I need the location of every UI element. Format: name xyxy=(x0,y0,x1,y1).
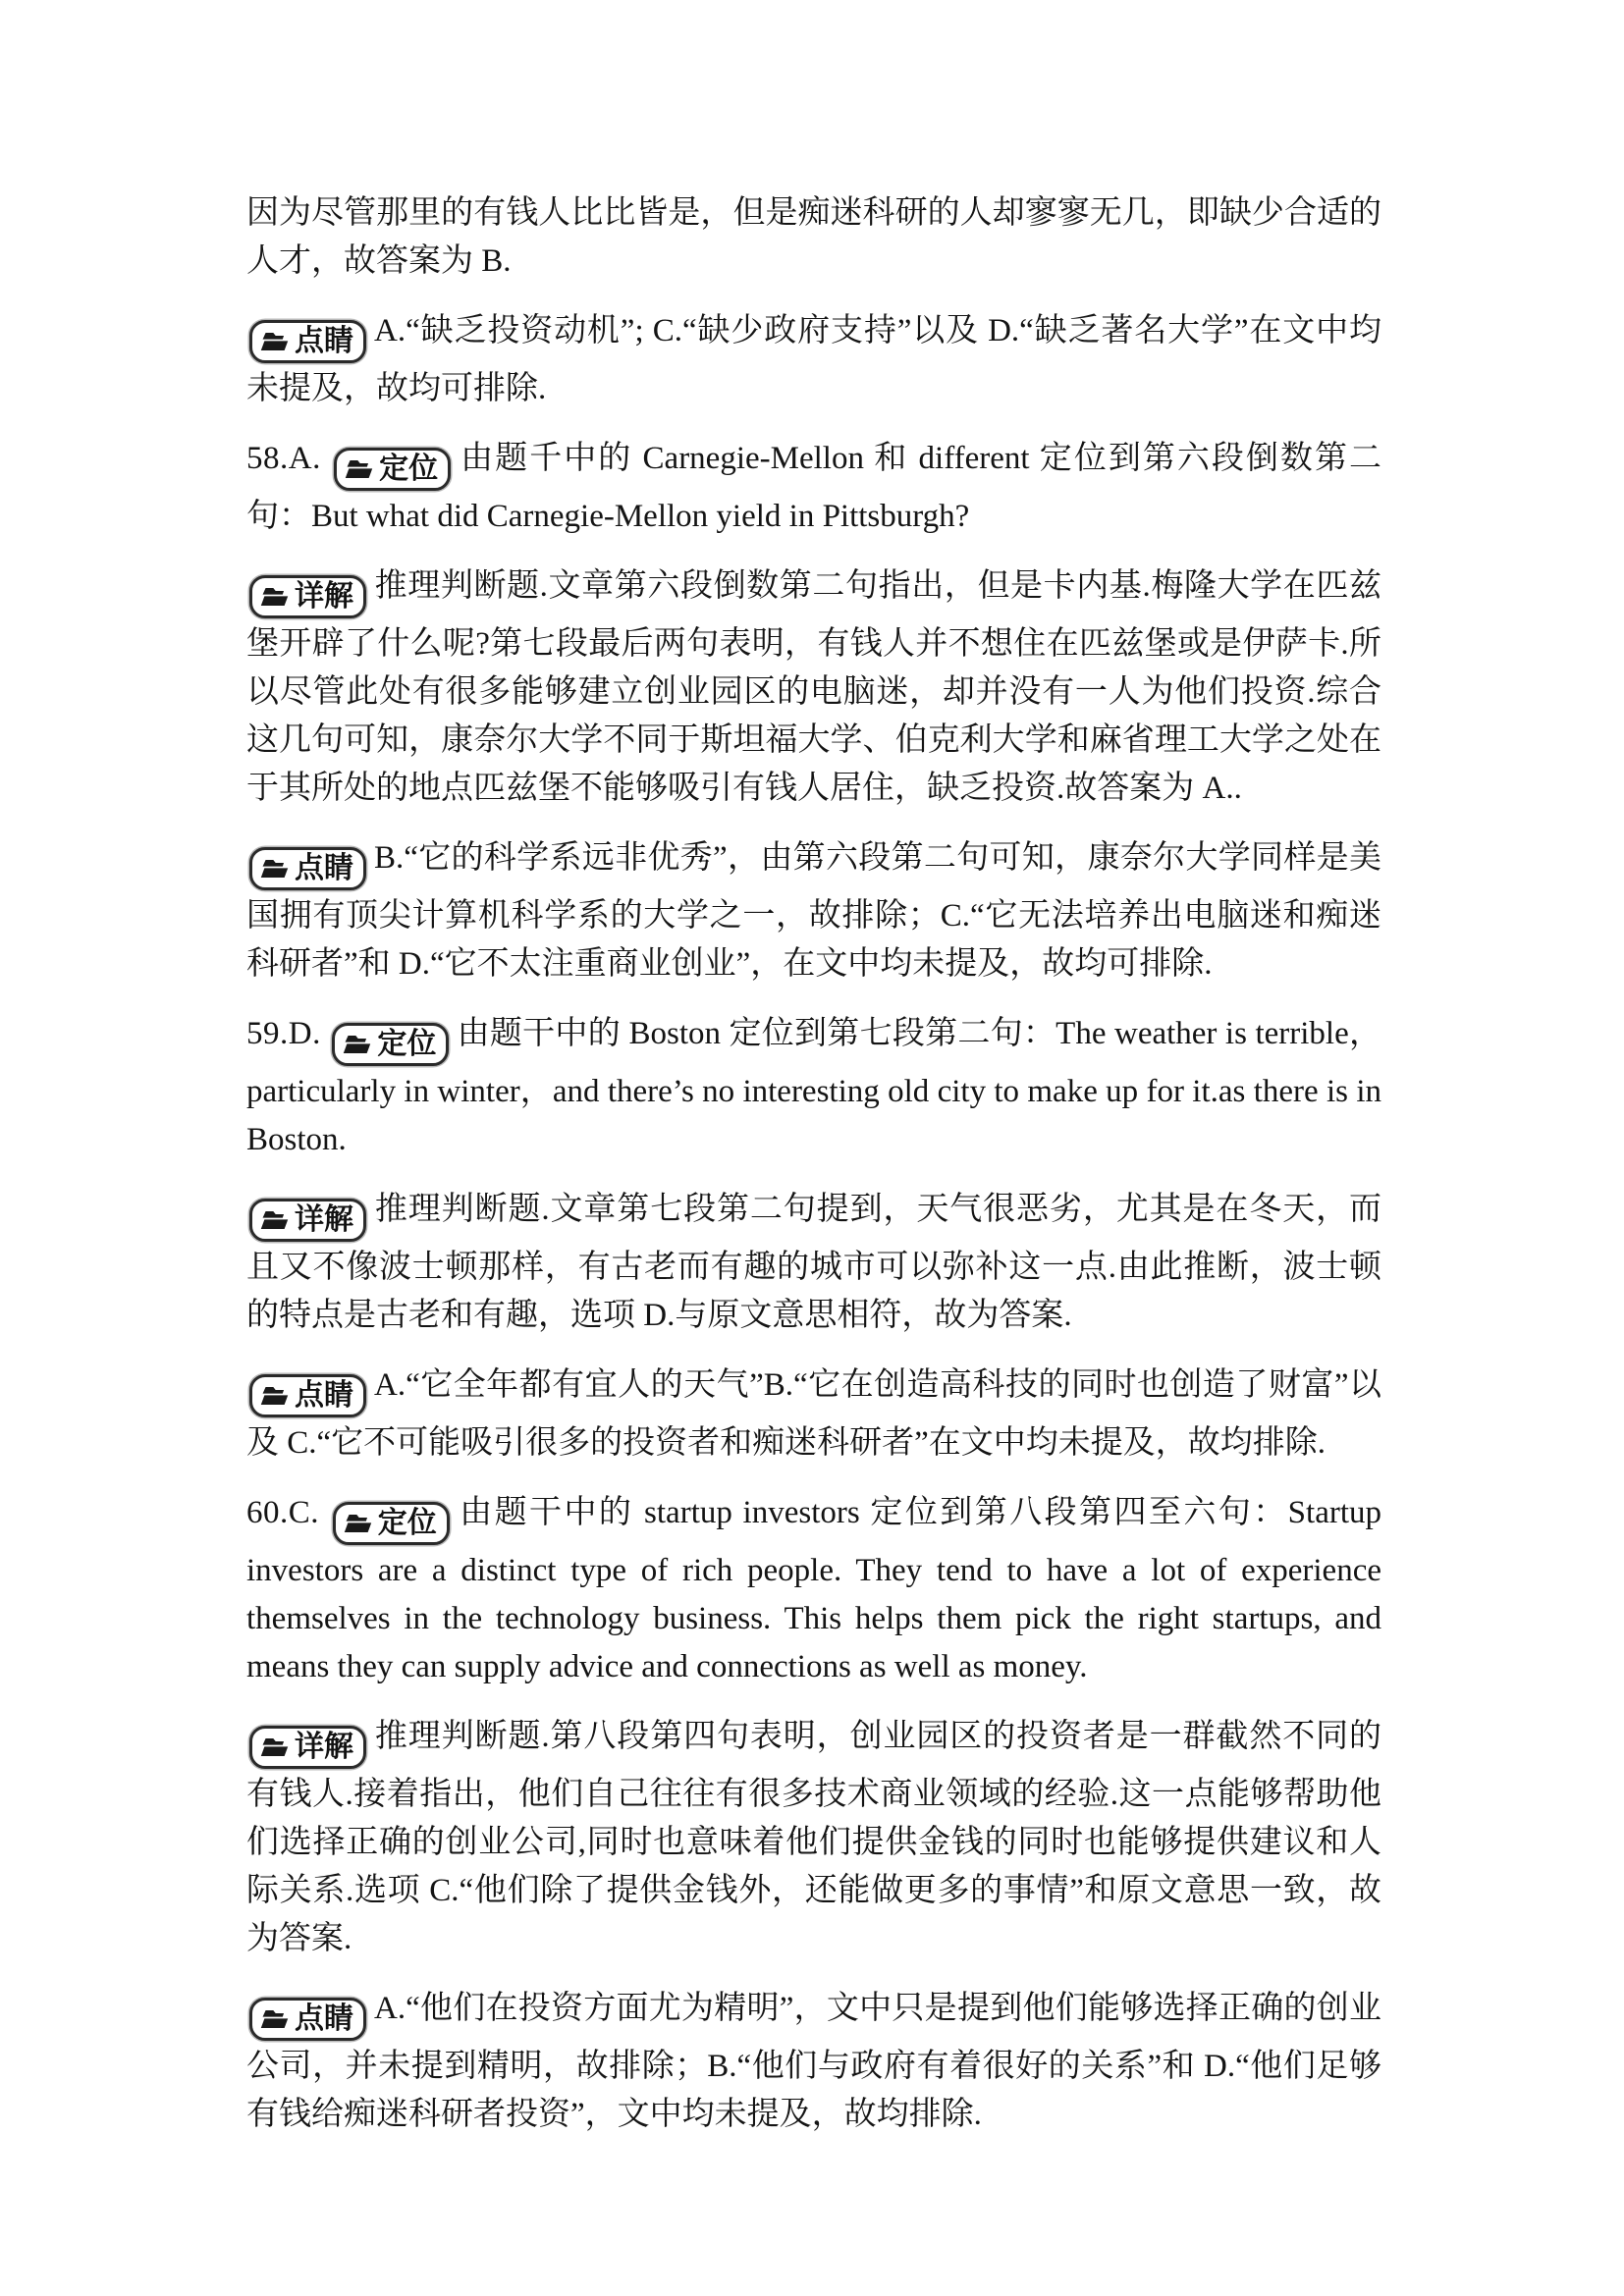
dingwei-badge: 定位 xyxy=(334,448,451,491)
folder-icon xyxy=(259,330,290,353)
paragraph-text: A.“它全年都有宜人的天气”B.“它在创造高科技的同时也创造了财富”以及 C.“… xyxy=(246,1367,1381,1461)
paragraph-text: A.“缺乏投资动机”; C.“缺少政府支持”以及 D.“缺乏著名大学”在文中均未… xyxy=(246,313,1381,406)
paragraph-text: 推理判断题.文章第六段倒数第二句指出，但是卡内基.梅隆大学在匹兹堡开辟了什么呢?… xyxy=(246,568,1381,806)
folder-icon xyxy=(344,457,374,481)
folder-icon xyxy=(259,857,290,881)
paragraph-text: B.“它的科学系远非优秀”，由第六段第二句可知，康奈尔大学同样是美国拥有顶尖计算… xyxy=(246,840,1381,982)
continuation-paragraph: 因为尽管那里的有钱人比比皆是，但是痴迷科研的人却寥寥无几，即缺少合适的人才，故答… xyxy=(246,189,1381,286)
folder-icon xyxy=(259,1735,290,1759)
dingwei-badge: 定位 xyxy=(332,1023,449,1066)
badge-label: 定位 xyxy=(377,1030,436,1059)
question-number: 59.D. xyxy=(246,1016,321,1051)
question-number: 60.C. xyxy=(246,1495,319,1530)
xiangjie-badge: 详解 xyxy=(249,1199,366,1242)
xiangjie-badge: 详解 xyxy=(249,1726,366,1769)
badge-label: 详解 xyxy=(295,1733,353,1762)
dianjing-badge: 点睛 xyxy=(249,320,366,363)
dianjing-badge: 点睛 xyxy=(249,1374,366,1417)
badge-label: 点睛 xyxy=(295,327,353,356)
folder-icon xyxy=(343,1512,373,1535)
badge-label: 点睛 xyxy=(295,854,353,883)
dingwei-badge: 定位 xyxy=(333,1502,450,1545)
question-60-paragraph: 60.C. 定位由题干中的 startup investors 定位到第八段第四… xyxy=(246,1489,1381,1691)
badge-label: 点睛 xyxy=(295,1381,353,1411)
dianjing-paragraph-60: 点睛A.“他们在投资方面尤为精明”，文中只是提到他们能够选择正确的创业公司，并未… xyxy=(246,1985,1381,2139)
folder-icon xyxy=(259,1384,290,1408)
dianjing-paragraph-57: 点睛A.“缺乏投资动机”; C.“缺少政府支持”以及 D.“缺乏著名大学”在文中… xyxy=(246,307,1381,413)
xiangjie-paragraph-59: 详解推理判断题.文章第七段第二句提到，天气很恶劣，尤其是在冬天，而且又不像波士顿… xyxy=(246,1186,1381,1340)
badge-label: 定位 xyxy=(379,454,438,484)
xiangjie-paragraph-60: 详解推理判断题.第八段第四句表明，创业园区的投资者是一群截然不同的有钱人.接着指… xyxy=(246,1713,1381,1963)
folder-icon xyxy=(259,585,290,609)
badge-label: 详解 xyxy=(295,582,353,612)
document-page: { "page": { "background": "#ffffff", "te… xyxy=(0,0,1624,2296)
dianjing-badge: 点睛 xyxy=(249,1998,366,2041)
dianjing-badge: 点睛 xyxy=(249,847,366,890)
folder-icon xyxy=(259,2007,290,2031)
xiangjie-badge: 详解 xyxy=(249,575,366,618)
paragraph-text: A.“他们在投资方面尤为精明”，文中只是提到他们能够选择正确的创业公司，并未提到… xyxy=(246,1991,1381,2132)
question-58-paragraph: 58.A. 定位由题千中的 Carnegie-Mellon 和 differen… xyxy=(246,435,1381,541)
paragraph-text: 推理判断题.第八段第四句表明，创业园区的投资者是一群截然不同的有钱人.接着指出，… xyxy=(246,1719,1381,1956)
paragraph-text: 推理判断题.文章第七段第二句提到，天气很恶劣，尤其是在冬天，而且又不像波士顿那样… xyxy=(246,1192,1381,1333)
paragraph-text: 因为尽管那里的有钱人比比皆是，但是痴迷科研的人却寥寥无几，即缺少合适的人才，故答… xyxy=(246,195,1381,279)
folder-icon xyxy=(259,1208,290,1232)
xiangjie-paragraph-58: 详解推理判断题.文章第六段倒数第二句指出，但是卡内基.梅隆大学在匹兹堡开辟了什么… xyxy=(246,562,1381,813)
question-number: 58.A. xyxy=(246,441,321,476)
question-59-paragraph: 59.D. 定位由题干中的 Boston 定位到第七段第二句：The weath… xyxy=(246,1010,1381,1164)
badge-label: 点睛 xyxy=(295,2004,353,2034)
dianjing-paragraph-59: 点睛A.“它全年都有宜人的天气”B.“它在创造高科技的同时也创造了财富”以及 C… xyxy=(246,1362,1381,1468)
answer-explanations: 因为尽管那里的有钱人比比皆是，但是痴迷科研的人却寥寥无几，即缺少合适的人才，故答… xyxy=(246,189,1381,2161)
dianjing-paragraph-58: 点睛B.“它的科学系远非优秀”，由第六段第二句可知，康奈尔大学同样是美国拥有顶尖… xyxy=(246,834,1381,988)
badge-label: 定位 xyxy=(378,1509,437,1538)
folder-icon xyxy=(342,1033,372,1056)
badge-label: 详解 xyxy=(295,1205,353,1235)
